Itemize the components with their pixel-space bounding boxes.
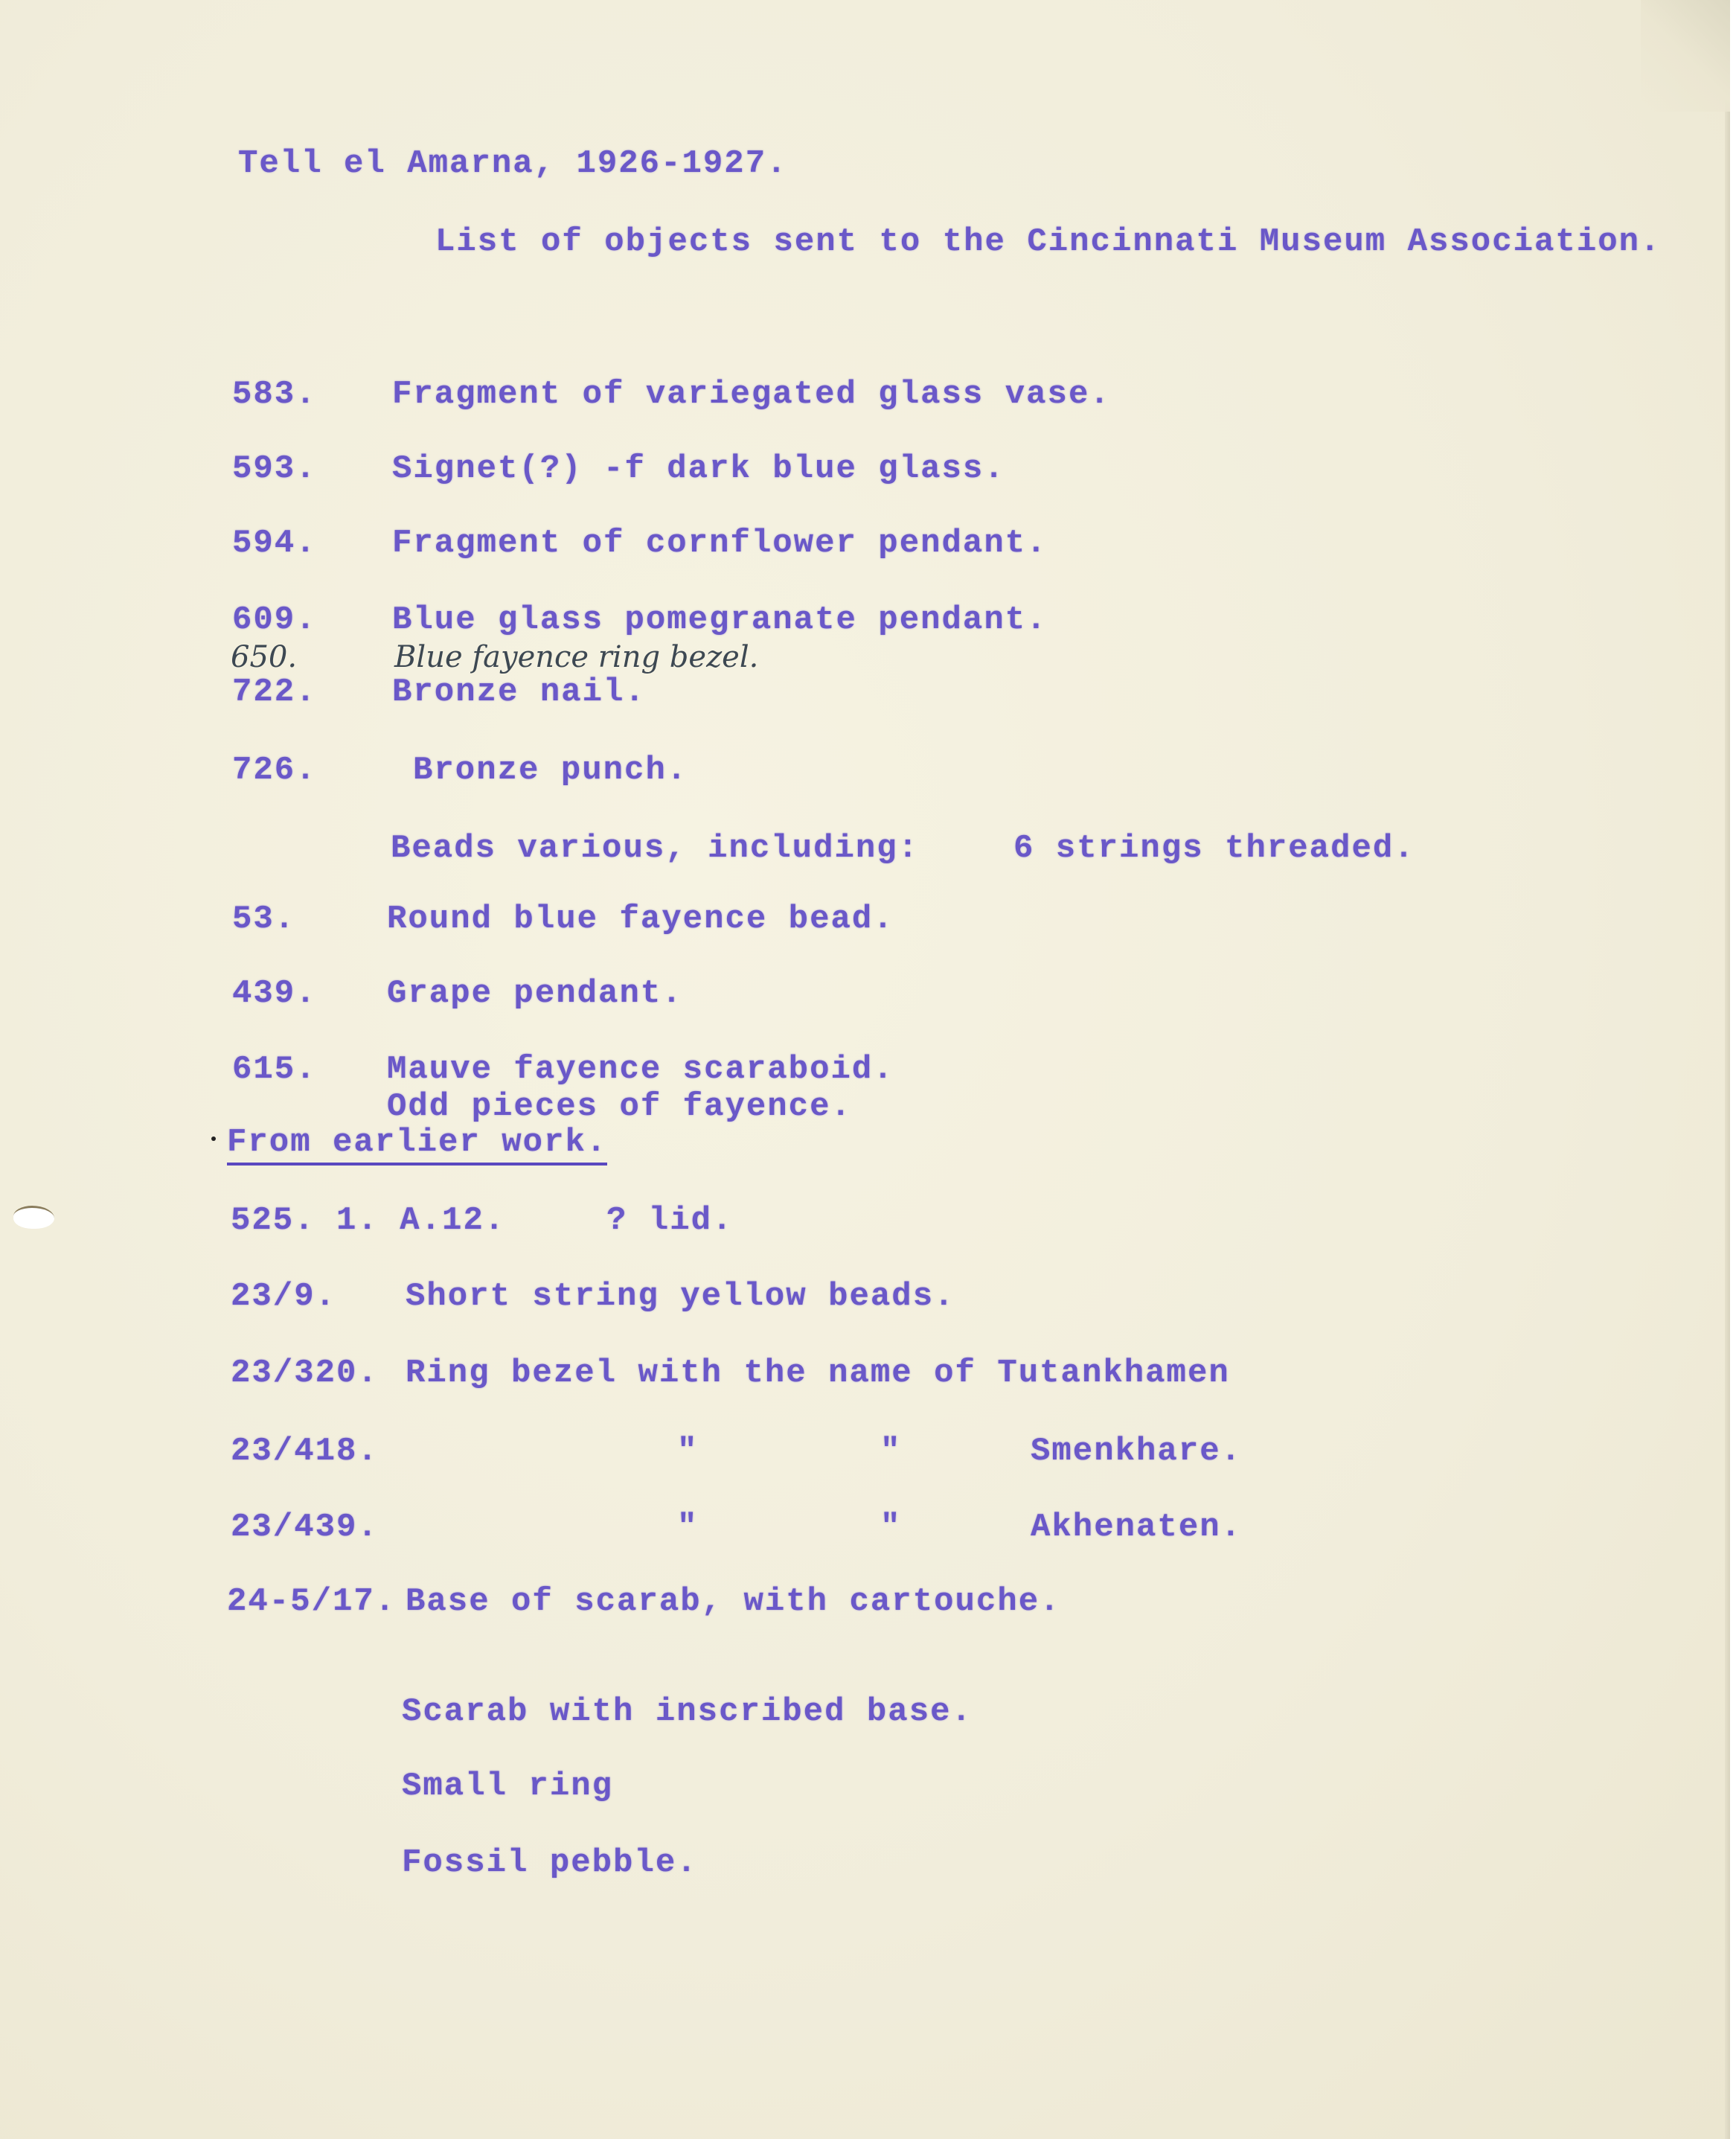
item-number: 726.	[232, 752, 317, 789]
item-description: Bronze punch.	[413, 752, 688, 789]
page-edge	[1725, 0, 1730, 2139]
item-description: Bronze nail.	[392, 674, 646, 711]
document-title: Tell el Amarna, 1926-1927.	[238, 145, 788, 182]
earlier-item-description: Ring bezel with the name of Tutankhamen	[406, 1355, 1230, 1392]
handwritten-item-number: 650.	[231, 639, 297, 676]
earlier-item-description: Akhenaten.	[1031, 1509, 1242, 1546]
beads-heading: Beads various, including:	[391, 830, 919, 867]
ditto-mark: "	[880, 1509, 901, 1546]
bead-item-number: 53.	[232, 901, 295, 938]
document-subtitle: List of objects sent to the Cincinnati M…	[435, 223, 1661, 260]
earlier-item-number: 525. 1. A.12.	[231, 1202, 505, 1239]
handwritten-item-description: Blue fayence ring bezel.	[394, 639, 758, 676]
earlier-item-description: Base of scarab, with cartouche.	[406, 1583, 1061, 1620]
bead-item-description: Mauve fayence scaraboid.	[387, 1051, 894, 1088]
earlier-item-number: 23/439.	[231, 1509, 379, 1546]
ditto-mark: "	[677, 1509, 698, 1546]
earlier-item-description: Smenkhare.	[1031, 1433, 1242, 1470]
item-number: 583.	[232, 376, 317, 413]
earlier-item-description: ? lid.	[606, 1202, 733, 1239]
item-number: 594.	[232, 525, 317, 562]
item-description: Blue glass pomegranate pendant.	[392, 601, 1048, 639]
earlier-item-number: 23/9.	[231, 1278, 336, 1315]
item-number: 722.	[232, 674, 317, 711]
odd-pieces-line: Odd pieces of fayence.	[387, 1088, 852, 1125]
item-number: 609.	[232, 601, 317, 639]
item-description: Fragment of cornflower pendant.	[392, 525, 1048, 562]
earlier-work-heading: From earlier work.	[227, 1124, 607, 1166]
folded-corner	[1641, 0, 1730, 112]
unnumbered-item: Small ring	[402, 1768, 613, 1805]
item-description: Signet(?) -f dark blue glass.	[392, 450, 1005, 487]
unnumbered-item: Fossil pebble.	[402, 1844, 698, 1881]
ditto-mark: "	[677, 1433, 698, 1470]
item-number: 593.	[232, 450, 317, 487]
torn-hole	[13, 1206, 54, 1229]
bead-item-description: Grape pendant.	[387, 975, 683, 1012]
beads-note: 6 strings threaded.	[1013, 830, 1415, 867]
bead-item-number: 439.	[232, 975, 317, 1012]
bead-item-description: Round blue fayence bead.	[387, 901, 894, 938]
earlier-item-description: Short string yellow beads.	[406, 1278, 955, 1315]
item-description: Fragment of variegated glass vase.	[392, 376, 1111, 413]
ink-dot	[211, 1136, 216, 1141]
earlier-item-number: 23/320.	[231, 1355, 379, 1392]
earlier-item-number: 24-5/17.	[227, 1583, 396, 1620]
ditto-mark: "	[880, 1433, 901, 1470]
unnumbered-item: Scarab with inscribed base.	[402, 1693, 973, 1730]
bead-item-number: 615.	[232, 1051, 317, 1088]
earlier-item-number: 23/418.	[231, 1433, 379, 1470]
